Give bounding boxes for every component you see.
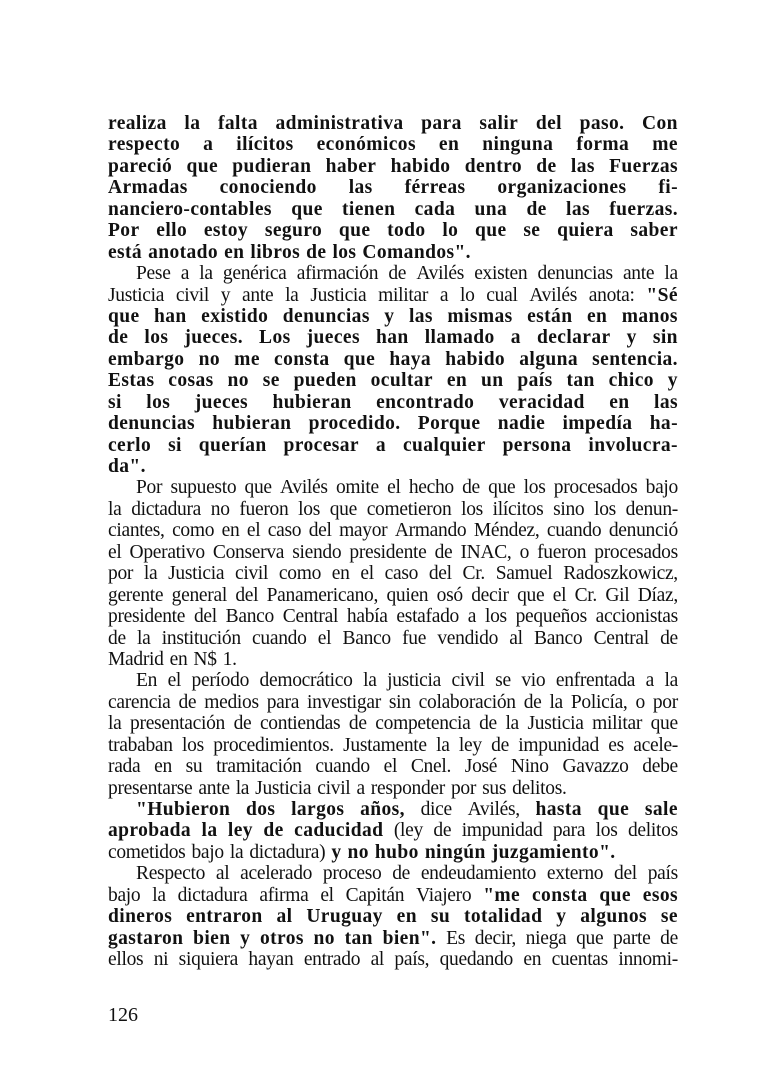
word: de	[433, 820, 451, 841]
word: las	[571, 156, 595, 177]
word: estoy	[204, 220, 248, 241]
word: Banco	[343, 628, 391, 649]
word: procesados	[554, 477, 638, 498]
text-line: embargonomeconstaquehayahabidoalgunasent…	[108, 349, 678, 370]
word: denuncias	[283, 306, 370, 327]
word: Fuerzas	[609, 156, 678, 177]
text-line: JusticiacivilyantelaJusticiamilitaralocu…	[108, 285, 678, 306]
word: colaboración	[419, 692, 516, 713]
word: lo	[442, 220, 458, 241]
word: Banco	[226, 606, 274, 627]
word: país,	[394, 949, 429, 970]
word: han	[376, 327, 409, 348]
word: civil	[176, 285, 209, 306]
word: la	[152, 885, 165, 906]
word: a	[646, 670, 654, 691]
word: Armadas	[108, 177, 188, 198]
word: cometidos	[108, 842, 185, 863]
word: la	[184, 113, 200, 134]
word: ante	[242, 285, 273, 306]
word: mismas	[447, 306, 512, 327]
word: que	[245, 477, 272, 498]
word: del	[309, 520, 332, 541]
word: militar	[592, 713, 642, 734]
word: Viajero	[416, 885, 471, 906]
text-line: Armadasconociendolasférreasorganizacione…	[108, 177, 678, 198]
word: quiera	[557, 220, 614, 241]
word: es	[608, 735, 624, 756]
word: al	[216, 863, 229, 884]
word: de	[263, 820, 283, 841]
word: organizaciones	[497, 177, 626, 198]
word: algunos	[580, 906, 647, 927]
word: Central	[594, 628, 649, 649]
word: las	[409, 306, 433, 327]
text-line: Respectoalaceleradoprocesodeendeudamient…	[108, 863, 678, 884]
word: Por	[136, 477, 162, 498]
text-line: quehanexistidodenunciasylasmismasestánen…	[108, 306, 678, 327]
text-line: gerentegeneraldelPanamericano,quienosóde…	[108, 585, 678, 606]
word: a	[511, 327, 521, 348]
word: bajo	[108, 885, 140, 906]
word: procedido.	[309, 413, 401, 434]
text-line: presentarseantelaJusticiacivilaresponder…	[108, 778, 678, 799]
word: que	[576, 928, 603, 949]
word: "me	[483, 885, 520, 906]
word: denuncias	[108, 413, 195, 434]
word: hayan	[248, 949, 293, 970]
word: bajo	[646, 477, 678, 498]
word: parte	[613, 928, 650, 949]
word: cosas	[168, 370, 213, 391]
word: ningún	[425, 842, 486, 863]
text-line: nanciero-contablesquetienencadaunadelasf…	[108, 199, 678, 220]
text-line: Estascosasnosepuedenocultarenunpaístanch…	[108, 370, 678, 391]
word: realiza	[108, 113, 167, 134]
word: a	[376, 435, 386, 456]
text-line: parecióquepudieranhaberhabidodentrodelas…	[108, 156, 678, 177]
word: Capitán	[346, 885, 405, 906]
word: la	[436, 735, 449, 756]
word: los	[298, 499, 320, 520]
word: dineros	[108, 906, 172, 927]
word: pareció	[108, 156, 172, 177]
text-line: delainstitucióncuandoelBancofuevendidoal…	[108, 628, 678, 649]
word: Méndez,	[474, 520, 540, 541]
word: de	[536, 156, 556, 177]
word: de	[306, 242, 326, 263]
word: que	[599, 885, 631, 906]
word: en	[587, 306, 607, 327]
word: ley	[459, 735, 482, 756]
word: supuesto	[170, 477, 236, 498]
word: militar	[378, 285, 428, 306]
word: la	[505, 713, 518, 734]
word: 1.	[223, 649, 237, 670]
word: presentarse	[108, 778, 192, 799]
word: conociendo	[220, 177, 317, 198]
text-line: Porelloestoyseguroquetodoloquesequierasa…	[108, 220, 678, 241]
word: sus	[482, 778, 506, 799]
word: ninguna	[482, 134, 553, 155]
word: dice	[421, 799, 452, 820]
word: sin	[653, 327, 678, 348]
word: los	[594, 499, 616, 520]
word: al	[509, 628, 522, 649]
word: tienen	[342, 199, 395, 220]
word: consta	[532, 885, 587, 906]
word: los	[524, 477, 546, 498]
word: de	[660, 628, 678, 649]
word: los	[146, 392, 170, 413]
word: pueden	[294, 370, 357, 391]
word: cuando	[315, 756, 370, 777]
word: del	[614, 863, 637, 884]
word: totalidad	[464, 906, 542, 927]
word: ilícitos	[236, 134, 293, 155]
word: otros	[260, 928, 304, 949]
word: de	[234, 713, 252, 734]
word: como	[172, 520, 214, 541]
word: tramitación	[216, 756, 302, 777]
word: en	[222, 520, 240, 541]
word: procesar	[284, 435, 359, 456]
body-text: realizalafaltaadministrativaparasalirdel…	[108, 113, 678, 971]
word: general	[172, 585, 227, 606]
text-line: delosjueces.Losjueceshanllamadoadeclarar…	[108, 327, 678, 348]
word: endeudamiento	[421, 863, 536, 884]
word: osó	[437, 585, 463, 606]
word: cuando	[252, 628, 307, 649]
word: persona	[503, 435, 572, 456]
word: la	[549, 692, 562, 713]
word: cerlo	[108, 435, 151, 456]
word: al	[371, 949, 384, 970]
word: delitos	[628, 820, 678, 841]
word: "Sé	[646, 285, 678, 306]
word: país	[648, 863, 678, 884]
word: sale	[645, 799, 678, 820]
word: enfrentada	[556, 670, 635, 691]
word: denunció	[609, 520, 678, 541]
word: de	[660, 928, 678, 949]
word: la	[199, 263, 212, 284]
word: pequeños	[516, 606, 587, 627]
word: involucra-	[588, 435, 678, 456]
word: Avilés	[280, 477, 328, 498]
word: Díaz,	[638, 585, 678, 606]
word: impunidad	[462, 820, 543, 841]
word: jueces.	[184, 327, 243, 348]
word: los	[485, 606, 507, 627]
word: respecto	[108, 134, 180, 155]
word: Cr.	[575, 585, 597, 606]
word: lo	[460, 285, 475, 306]
word: dos	[246, 799, 275, 820]
word: que	[344, 349, 376, 370]
word: habido	[445, 349, 505, 370]
text-line: dinerosentraronalUruguayensutotalidadyal…	[108, 906, 678, 927]
word: En	[136, 670, 157, 691]
word: de	[349, 713, 367, 734]
word: el	[108, 542, 121, 563]
word: no	[228, 370, 249, 391]
word: de	[178, 692, 196, 713]
word: por	[451, 778, 476, 799]
word: y	[221, 285, 230, 306]
word: investigar	[307, 692, 381, 713]
word: sino	[553, 499, 584, 520]
word: la	[285, 285, 298, 306]
word: Panamericano,	[267, 585, 378, 606]
word: para	[267, 692, 299, 713]
word: genérica	[223, 263, 287, 284]
word: institución	[162, 628, 241, 649]
word: anotado	[148, 242, 218, 263]
word: acele-	[633, 735, 678, 756]
text-line: ladictaduranofueronlosquecometieronlosil…	[108, 499, 678, 520]
word: la	[137, 628, 150, 649]
word: delitos.	[512, 778, 566, 799]
word: libros	[250, 242, 300, 263]
text-line: silosjueceshubieranencontradoveracidaden…	[108, 392, 678, 413]
word: sentencia.	[592, 349, 678, 370]
word: trababan	[108, 735, 173, 756]
word: N$	[193, 649, 216, 670]
word: se	[523, 220, 540, 241]
word: afirma	[259, 885, 308, 906]
word: no	[348, 842, 369, 863]
word: ocultar	[371, 370, 433, 391]
word: jueces	[195, 392, 248, 413]
word: ilícitos	[493, 499, 544, 520]
word: dictadura	[131, 499, 201, 520]
word: los	[461, 499, 483, 520]
word: debe	[642, 756, 678, 777]
word: los	[596, 820, 618, 841]
word: del	[235, 585, 258, 606]
word: fueron	[239, 499, 288, 520]
word: si	[108, 392, 122, 413]
word: o	[520, 542, 529, 563]
word: del	[429, 563, 452, 584]
word: me	[652, 134, 678, 155]
text-line: cometidosbajoladictadura)ynohuboningúnju…	[108, 842, 678, 863]
word: que	[291, 199, 323, 220]
word: Justicia	[108, 285, 164, 306]
word: Policía,	[571, 692, 628, 713]
text-line: elOperativoConservasiendopresidentedeINA…	[108, 542, 678, 563]
word: bajo	[191, 842, 223, 863]
word: vendido	[437, 628, 498, 649]
word: civil	[317, 778, 350, 799]
word: la	[108, 713, 121, 734]
word: quedando	[440, 949, 513, 970]
word: de	[462, 477, 480, 498]
word: sin	[389, 692, 411, 713]
word: que	[186, 156, 218, 177]
text-line: PorsupuestoqueAvilésomiteelhechodequelos…	[108, 477, 678, 498]
word: Estas	[108, 370, 154, 391]
word: Justicia	[527, 713, 583, 734]
word: las	[566, 199, 590, 220]
word: embargo	[108, 349, 184, 370]
word: por	[653, 692, 678, 713]
word: nadie	[498, 413, 546, 434]
word: de	[388, 263, 406, 284]
word: Cnel.	[411, 756, 451, 777]
word: aprobada	[108, 820, 191, 841]
word: Samuel	[496, 563, 553, 584]
word: civil	[452, 670, 485, 691]
word: gastaron	[108, 928, 183, 949]
word: entraron	[186, 906, 263, 927]
word: hecho	[409, 477, 454, 498]
word: los	[144, 327, 168, 348]
word: para	[421, 113, 462, 134]
word: Cr.	[463, 563, 485, 584]
word: medios	[204, 692, 259, 713]
word: el	[247, 520, 260, 541]
word: mayor	[339, 520, 387, 541]
word: si	[168, 435, 182, 456]
text-line: respectoailícitoseconómicosenningunaform…	[108, 134, 678, 155]
text-line: aprobadalaleydecaducidad(leydeimpunidadp…	[108, 820, 678, 841]
word: haya	[389, 349, 431, 370]
word: anota:	[589, 285, 635, 306]
text-line: ellosnisiquierahayanentradoalpaís,quedan…	[108, 949, 678, 970]
word: decir,	[475, 928, 516, 949]
word: a	[468, 606, 476, 627]
word: un	[481, 370, 504, 391]
word: se	[263, 370, 280, 391]
word: de	[524, 692, 542, 713]
word: democrático	[260, 670, 353, 691]
word: en	[523, 949, 541, 970]
word: que	[330, 499, 357, 520]
word: de	[491, 735, 509, 756]
word: Armando	[395, 520, 467, 541]
text-line: denunciashubieranprocedido.Porquenadieim…	[108, 413, 678, 434]
document-page: realizalafaltaadministrativaparasalirdel…	[0, 0, 782, 1086]
word: tan	[566, 370, 594, 391]
word: nanciero-contables	[108, 199, 272, 220]
word: ante	[198, 778, 229, 799]
word: ciantes,	[108, 520, 165, 541]
word: la	[665, 670, 678, 691]
word: de	[108, 327, 128, 348]
word: externo	[547, 863, 603, 884]
word: está	[108, 242, 142, 263]
word: civil	[235, 563, 268, 584]
word: su	[186, 756, 203, 777]
word: de	[526, 199, 546, 220]
word: en	[154, 756, 172, 777]
word: consta	[274, 349, 329, 370]
text-line: ciantes,comoenelcasodelmayorArmandoMénde…	[108, 520, 678, 541]
word: afirmación	[297, 263, 378, 284]
word: ellos	[108, 949, 143, 970]
word: al	[276, 906, 292, 927]
word: bien".	[383, 928, 437, 949]
word: su	[431, 906, 450, 927]
word: falta	[218, 113, 258, 134]
word: cualquier	[403, 435, 486, 456]
word: no	[314, 928, 335, 949]
word: que	[517, 585, 544, 606]
text-line: carenciademediosparainvestigarsincolabor…	[108, 692, 678, 713]
word: a	[440, 285, 448, 306]
word: denuncias	[538, 263, 613, 284]
word: a	[356, 778, 364, 799]
word: cada	[415, 199, 456, 220]
word: Justicia	[168, 563, 224, 584]
word: INAC,	[460, 542, 511, 563]
word: las	[654, 392, 678, 413]
word: presentación	[130, 713, 225, 734]
word: el	[168, 670, 181, 691]
word: declarar	[537, 327, 611, 348]
word: Justicia	[310, 285, 366, 306]
word: en	[170, 649, 188, 670]
word: férreas	[405, 177, 466, 198]
text-line: radaensutramitacióncuandoelCnel.JoséNino…	[108, 756, 678, 777]
word: Es	[446, 928, 465, 949]
word: caso	[268, 520, 301, 541]
text-line: porlaJusticiacivilcomoenelcasodelCr.Samu…	[108, 563, 678, 584]
word: y	[668, 370, 678, 391]
word: siendo	[292, 542, 341, 563]
word: ello	[156, 220, 187, 241]
word: acelerado	[240, 863, 312, 884]
word: siquiera	[179, 949, 238, 970]
word: para	[553, 820, 585, 841]
word: que	[488, 477, 515, 498]
word: hubo	[375, 842, 419, 863]
text-line: trababanlosprocedimientos.Justamentelale…	[108, 735, 678, 756]
word: económicos	[317, 134, 416, 155]
word: largos	[291, 799, 344, 820]
word: la	[230, 842, 243, 863]
word: esos	[643, 885, 678, 906]
word: administrativa	[276, 113, 404, 134]
word: y	[331, 842, 341, 863]
word: a	[203, 134, 213, 155]
word: y	[627, 327, 637, 348]
word: entrado	[304, 949, 360, 970]
word: vio	[521, 670, 545, 691]
word: la	[363, 670, 376, 691]
word: dictadura)	[249, 842, 325, 863]
word: Uruguay	[306, 906, 382, 927]
word: que	[598, 799, 630, 820]
word: que	[651, 713, 678, 734]
text-line: realizalafaltaadministrativaparasalirdel…	[108, 113, 678, 134]
word: niega	[526, 928, 567, 949]
word: contiendas	[260, 713, 340, 734]
word: "Hubieron	[136, 799, 230, 820]
word: gerente	[108, 585, 163, 606]
word: ni	[154, 949, 169, 970]
text-line: presidentedelBancoCentralhabíaestafadoal…	[108, 606, 678, 627]
word: de	[392, 863, 410, 884]
word: o	[635, 692, 644, 713]
word: Justamente	[343, 735, 427, 756]
word: el	[553, 585, 566, 606]
word: estafado	[396, 606, 459, 627]
word: llamado	[425, 327, 495, 348]
word: tan	[345, 928, 373, 949]
